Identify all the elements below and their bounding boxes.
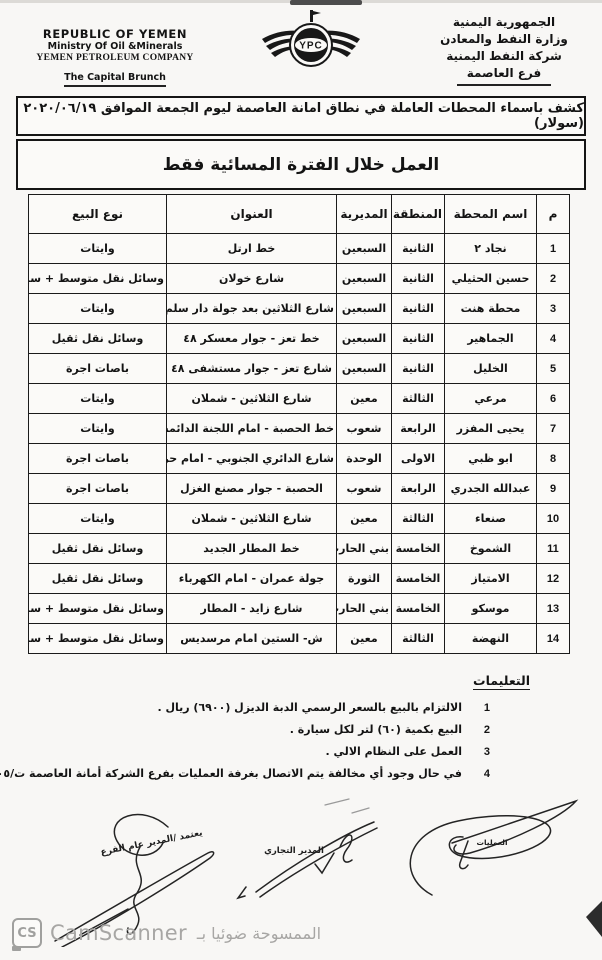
branch-line-ar: فرع العاصمة — [457, 65, 552, 86]
cell-district: السبعين — [337, 294, 392, 324]
cell-num: 2 — [537, 264, 570, 294]
cell-zone: الثانية — [392, 294, 445, 324]
middle-signature — [238, 822, 377, 898]
instruction-number: 1 — [478, 697, 490, 719]
cell-address: الحصبة - جوار مصنع الغزل — [167, 474, 337, 504]
header-sale-type: نوع البيع — [29, 195, 167, 234]
cell-district: السبعين — [337, 324, 392, 354]
table-row: 12الامتيازالخامسةالثورةجولة عمران - امام… — [29, 564, 570, 594]
camscanner-arabic: الممسوحة ضوئيا بـ — [197, 924, 321, 943]
cell-sale-type: وايتات — [29, 504, 167, 534]
cell-address: خط ارتل — [167, 234, 337, 264]
cell-zone: الثالثة — [392, 624, 445, 654]
table-row: 7يحيى المفزرالرابعةشعوبخط الحصبة - امام … — [29, 414, 570, 444]
instruction-number: 4 — [478, 763, 490, 785]
cell-num: 9 — [537, 474, 570, 504]
cell-district: شعوب — [337, 474, 392, 504]
table-row: 1نجاد ٢الثانيةالسبعينخط ارتلوايتات — [29, 234, 570, 264]
letterhead-english: REPUBLIC OF YEMEN Ministry Of Oil &Miner… — [24, 27, 206, 87]
table-row: 3محطة هنتالثانيةالسبعينشارع الثلاثين بعد… — [29, 294, 570, 324]
cell-address: شارع تعز - جوار مستشفى ٤٨ — [167, 354, 337, 384]
document-title: كشف باسماء المحطات العاملة في نطاق امانة… — [16, 96, 586, 136]
cell-zone: الخامسة — [392, 564, 445, 594]
cell-num: 10 — [537, 504, 570, 534]
cell-zone: الثانية — [392, 234, 445, 264]
cell-num: 3 — [537, 294, 570, 324]
cell-station: ابو ظبي — [445, 444, 537, 474]
cell-station: يحيى المفزر — [445, 414, 537, 444]
scan-top-mark — [290, 0, 362, 5]
table-row: 10صنعاءالثالثةمعينشارع الثلاثين - شملانو… — [29, 504, 570, 534]
cell-sale-type: باصات اجرة — [29, 444, 167, 474]
table-row: 2حسين الحثيليالثانيةالسبعينشارع خولانوسا… — [29, 264, 570, 294]
right-signature-label: العمليات — [476, 838, 507, 847]
cell-sale-type: وايتات — [29, 414, 167, 444]
cell-station: مرعي — [445, 384, 537, 414]
document-subtitle: العمل خلال الفترة المسائية فقط — [16, 139, 586, 190]
cell-address: جولة عمران - امام الكهرباء — [167, 564, 337, 594]
cell-address: شارع الثلاثين - شملان — [167, 384, 337, 414]
cell-sale-type: وايتات — [29, 234, 167, 264]
cell-sale-type: وسائل نقل ثقيل — [29, 324, 167, 354]
table-row: 4الجماهيرالثانيةالسبعينخط تعز - جوار معس… — [29, 324, 570, 354]
cell-zone: الثانية — [392, 264, 445, 294]
middle-signature-dashes — [325, 799, 369, 813]
cell-num: 1 — [537, 234, 570, 264]
cell-district: السبعين — [337, 264, 392, 294]
stations-table-body: 1نجاد ٢الثانيةالسبعينخط ارتلوايتات2حسين … — [29, 234, 570, 654]
cell-address: خط تعز - جوار معسكر ٤٨ — [167, 324, 337, 354]
cell-num: 4 — [537, 324, 570, 354]
cell-district: الوحدة — [337, 444, 392, 474]
cell-district: شعوب — [337, 414, 392, 444]
cs-letters: CS — [17, 926, 36, 941]
stations-table: م اسم المحطة المنطقة المديرية العنوان نو… — [28, 194, 570, 654]
header-station: اسم المحطة — [445, 195, 537, 234]
cell-address: شارع الثلاثين بعد جولة دار سلم — [167, 294, 337, 324]
instruction-text: في حال وجود أي مخالفة يتم الاتصال بغرفة … — [0, 763, 462, 785]
instruction-number: 2 — [478, 719, 490, 741]
cell-district: السبعين — [337, 234, 392, 264]
cell-station: حسين الحثيلي — [445, 264, 537, 294]
cell-num: 12 — [537, 564, 570, 594]
cell-district: السبعين — [337, 354, 392, 384]
table-row: 6مرعيالثالثةمعينشارع الثلاثين - شملانواي… — [29, 384, 570, 414]
cell-num: 11 — [537, 534, 570, 564]
cell-sale-type: وسائل نقل ثقيل — [29, 564, 167, 594]
letterhead-arabic: الجمهورية اليمنية وزارة النفط والمعادن ش… — [424, 14, 584, 86]
ministry-line: Ministry Of Oil &Minerals — [24, 41, 206, 53]
cell-zone: الرابعة — [392, 474, 445, 504]
cell-station: الجماهير — [445, 324, 537, 354]
company-line: YEMEN PETROLEUM COMPANY — [24, 53, 206, 65]
logo-tower — [310, 10, 313, 22]
scan-corner-artifact — [586, 901, 602, 937]
cell-district: معين — [337, 384, 392, 414]
table-row: 13موسكوالخامسةبني الحارثشارع زايد - المط… — [29, 594, 570, 624]
cell-zone: الثانية — [392, 354, 445, 384]
cell-sale-type: وايتات — [29, 384, 167, 414]
cell-district: معين — [337, 504, 392, 534]
cell-num: 13 — [537, 594, 570, 624]
cell-station: صنعاء — [445, 504, 537, 534]
cell-num: 7 — [537, 414, 570, 444]
cell-district: معين — [337, 624, 392, 654]
cell-sale-type: وسائل نقل متوسط + سيارات — [29, 594, 167, 624]
instruction-text: البيع بكمية (٦٠) لتر لكل سيارة . — [290, 719, 462, 741]
instructions-section: التعليمات 1الالتزام بالبيع بالسعر الرسمي… — [8, 670, 602, 785]
instruction-item: 2البيع بكمية (٦٠) لتر لكل سيارة . — [8, 719, 530, 741]
instructions-heading: التعليمات — [473, 673, 530, 690]
camscanner-watermark: CS CamScanner الممسوحة ضوئيا بـ — [12, 916, 321, 950]
cs-camscanner-icon: CS — [12, 918, 42, 948]
table-row: 5الخليلالثانيةالسبعينشارع تعز - جوار مست… — [29, 354, 570, 384]
republic-title: REPUBLIC OF YEMEN — [24, 27, 206, 41]
cell-station: الشموخ — [445, 534, 537, 564]
header-zone: المنطقة — [392, 195, 445, 234]
cell-zone: الرابعة — [392, 414, 445, 444]
table-header-row: م اسم المحطة المنطقة المديرية العنوان نو… — [29, 195, 570, 234]
cell-district: بني الحارث — [337, 534, 392, 564]
cs-icon-foot — [12, 946, 21, 951]
cell-zone: الاولى — [392, 444, 445, 474]
right-signature — [410, 801, 576, 895]
cell-station: الخليل — [445, 354, 537, 384]
table-row: 9عبدالله الجدريالرابعةشعوبالحصبة - جوار … — [29, 474, 570, 504]
cell-address: خط المطار الجديد — [167, 534, 337, 564]
scanned-document-page: REPUBLIC OF YEMEN Ministry Of Oil &Miner… — [0, 0, 602, 960]
instruction-text: العمل على النظام الالي . — [326, 741, 462, 763]
table-row: 8ابو ظبيالاولىالوحدةشارع الدائري الجنوبي… — [29, 444, 570, 474]
ministry-line-ar: وزارة النفط والمعادن — [424, 31, 584, 48]
cell-zone: الخامسة — [392, 534, 445, 564]
cell-address: شارع الثلاثين - شملان — [167, 504, 337, 534]
cell-zone: الثالثة — [392, 384, 445, 414]
instruction-number: 3 — [478, 741, 490, 763]
cell-district: الثورة — [337, 564, 392, 594]
cell-station: نجاد ٢ — [445, 234, 537, 264]
camscanner-name: CamScanner — [50, 921, 187, 945]
middle-signature-label: المدير التجاري — [264, 846, 324, 856]
cell-num: 8 — [537, 444, 570, 474]
cell-station: محطة هنت — [445, 294, 537, 324]
cell-address: شارع زايد - المطار — [167, 594, 337, 624]
instruction-text: الالتزام بالبيع بالسعر الرسمي الدبة الدي… — [157, 697, 462, 719]
cell-zone: الثانية — [392, 324, 445, 354]
header-district: المديرية — [337, 195, 392, 234]
cell-address: ش- الستين امام مرسديس — [167, 624, 337, 654]
cell-num: 14 — [537, 624, 570, 654]
cell-sale-type: باصات اجرة — [29, 354, 167, 384]
cell-sale-type: باصات اجرة — [29, 474, 167, 504]
table-row: 14النهضةالثالثةمعينش- الستين امام مرسديس… — [29, 624, 570, 654]
header-num: م — [537, 195, 570, 234]
company-line-ar: شركة النفط اليمنية — [424, 48, 584, 65]
cell-sale-type: وسائل نقل متوسط + سيارات — [29, 264, 167, 294]
cell-station: موسكو — [445, 594, 537, 624]
cell-sale-type: وسائل نقل ثقيل — [29, 534, 167, 564]
cell-sale-type: وايتات — [29, 294, 167, 324]
cell-address: شارع خولان — [167, 264, 337, 294]
header-address: العنوان — [167, 195, 337, 234]
cell-zone: الثالثة — [392, 504, 445, 534]
ypc-logo-icon: YPC — [256, 8, 366, 72]
table-row: 11الشموخالخامسةبني الحارثخط المطار الجدي… — [29, 534, 570, 564]
cell-station: النهضة — [445, 624, 537, 654]
cell-num: 5 — [537, 354, 570, 384]
cell-num: 6 — [537, 384, 570, 414]
cell-station: عبدالله الجدري — [445, 474, 537, 504]
republic-title-ar: الجمهورية اليمنية — [424, 14, 584, 31]
cell-address: خط الحصبة - امام اللجنة الدائمة — [167, 414, 337, 444]
logo-ypc-text: YPC — [299, 41, 323, 52]
cell-zone: الخامسة — [392, 594, 445, 624]
instructions-list: 1الالتزام بالبيع بالسعر الرسمي الدبة الد… — [8, 697, 530, 785]
cell-station: الامتياز — [445, 564, 537, 594]
instruction-item: 1الالتزام بالبيع بالسعر الرسمي الدبة الد… — [8, 697, 530, 719]
instruction-item: 3العمل على النظام الالي . — [8, 741, 530, 763]
cell-sale-type: وسائل نقل متوسط + سيارات — [29, 624, 167, 654]
cell-district: بني الحارث — [337, 594, 392, 624]
cell-address: شارع الدائري الجنوبي - امام حراج الصافية — [167, 444, 337, 474]
instruction-item: 4في حال وجود أي مخالفة يتم الاتصال بغرفة… — [8, 763, 530, 785]
branch-line: The Capital Brunch — [64, 72, 166, 87]
